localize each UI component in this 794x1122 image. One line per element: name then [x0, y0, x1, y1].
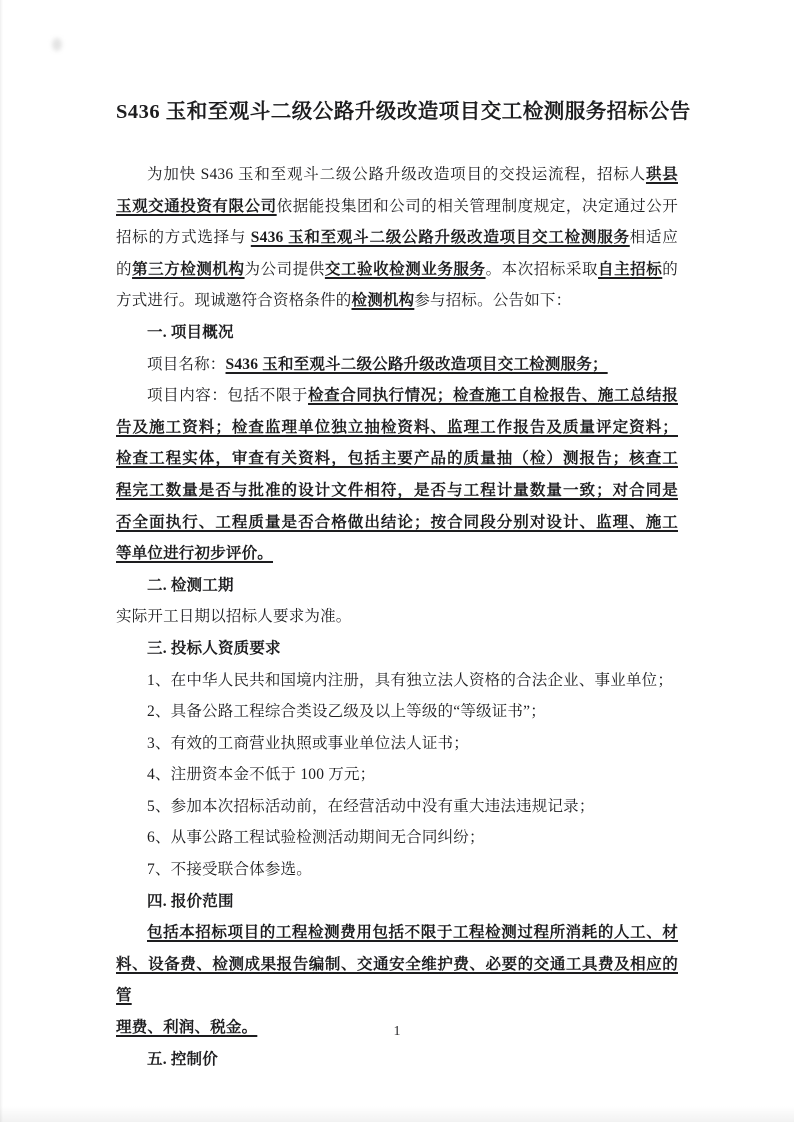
text-line: 方式进行。现诚邀符合资格条件的检测机构参与招标。公告如下：: [116, 285, 678, 317]
text-run: 二. 检测工期: [147, 577, 234, 594]
text-line: 料、设备费、检测成果报告编制、交通安全维护费、必要的交通工具费及相应的管: [116, 949, 678, 1012]
text-run: 否全面执行、工程质量是否合格做出结论；按合同段分别对设计、监理、施工: [116, 514, 678, 531]
text-run: 五. 控制价: [147, 1051, 218, 1068]
text-line: 1、在中华人民共和国境内注册，具有独立法人资格的合法企业、事业单位；: [116, 665, 678, 697]
paragraph: 项目内容：包括不限于检查合同执行情况；检查施工自检报告、施工总结报告及施工资料；…: [116, 380, 678, 570]
text-line: 3、有效的工商营业执照或事业单位法人证书；: [116, 728, 678, 760]
text-line: 的第三方检测机构为公司提供交工验收检测业务服务。本次招标采取自主招标的: [116, 254, 678, 286]
text-run: 1、在中华人民共和国境内注册，具有独立法人资格的合法企业、事业单位；: [147, 672, 673, 689]
text-run: 第三方检测机构: [132, 261, 244, 278]
document-title: S436 玉和至观斗二级公路升级改造项目交工检测服务招标公告: [116, 96, 678, 129]
paragraph: 1、在中华人民共和国境内注册，具有独立法人资格的合法企业、事业单位；: [116, 665, 678, 697]
text-run: 相适应: [630, 229, 678, 246]
text-run: 7、不接受联合体参选。: [147, 861, 312, 878]
text-run: 3、有效的工商营业执照或事业单位法人证书；: [147, 735, 469, 752]
text-run: 。本次招标采取: [486, 261, 598, 278]
scan-edge-shadow: [0, 0, 3, 1122]
text-line: 7、不接受联合体参选。: [116, 854, 678, 886]
paragraph: 5、参加本次招标活动前，在经营活动中没有重大违法违规记录；: [116, 791, 678, 823]
text-line: 一. 项目概况: [116, 317, 678, 349]
paragraph: 4、注册资本金不低于 100 万元；: [116, 759, 678, 791]
heading: 三. 投标人资质要求: [116, 633, 678, 665]
text-line: 项目名称：S436 玉和至观斗二级公路升级改造项目交工检测服务；: [116, 349, 678, 381]
text-line: 为加快 S436 玉和至观斗二级公路升级改造项目的交投运流程，招标人珙县: [116, 159, 678, 191]
heading: 一. 项目概况: [116, 317, 678, 349]
text-line: 等单位进行初步评价。: [116, 538, 678, 570]
text-line: 包括本招标项目的工程检测费用包括不限于工程检测过程所消耗的人工、材: [116, 917, 678, 949]
scanned-document-page: S436 玉和至观斗二级公路升级改造项目交工检测服务招标公告 为加快 S436 …: [0, 0, 794, 1122]
text-run: 的: [662, 261, 678, 278]
paragraph: 实际开工日期以招标人要求为准。: [116, 601, 678, 633]
text-run: 5、参加本次招标活动前，在经营活动中没有重大违法违规记录；: [147, 798, 595, 815]
text-line: 招标的方式选择与 S436 玉和至观斗二级公路升级改造项目交工检测服务相适应: [116, 222, 678, 254]
text-line: 2、具备公路工程综合类设乙级及以上等级的“等级证书”；: [116, 696, 678, 728]
text-line: 四. 报价范围: [116, 886, 678, 918]
text-run: 等单位进行初步评价。: [116, 545, 273, 562]
text-line: 6、从事公路工程试验检测活动期间无合同纠纷；: [116, 822, 678, 854]
text-run: 告及施工资料；检查监理单位独立抽检资料、监理工作报告及质量评定资料；: [116, 419, 678, 436]
text-line: 三. 投标人资质要求: [116, 633, 678, 665]
text-run: 实际开工日期以招标人要求为准。: [116, 608, 352, 625]
text-run: 4、注册资本金不低于 100 万元；: [147, 766, 375, 783]
text-line: 玉观交通投资有限公司依据能投集团和公司的相关管理制度规定，决定通过公开: [116, 191, 678, 223]
text-run: 一. 项目概况: [147, 324, 234, 341]
text-run: S436 玉和至观斗二级公路升级改造项目交工检测服务: [251, 229, 630, 246]
text-line: 项目内容：包括不限于检查合同执行情况；检查施工自检报告、施工总结报: [116, 380, 678, 412]
text-run: 项目名称：: [147, 356, 226, 373]
text-run: 珙县: [646, 166, 678, 183]
heading: 五. 控制价: [116, 1044, 678, 1076]
paragraph: 6、从事公路工程试验检测活动期间无合同纠纷；: [116, 822, 678, 854]
text-line: 告及施工资料；检查监理单位独立抽检资料、监理工作报告及质量评定资料；: [116, 412, 678, 444]
paragraph: 2、具备公路工程综合类设乙级及以上等级的“等级证书”；: [116, 696, 678, 728]
text-run: 四. 报价范围: [147, 893, 234, 910]
text-line: 4、注册资本金不低于 100 万元；: [116, 759, 678, 791]
text-run: 6、从事公路工程试验检测活动期间无合同纠纷；: [147, 829, 485, 846]
paragraph: 为加快 S436 玉和至观斗二级公路升级改造项目的交投运流程，招标人珙县玉观交通…: [116, 159, 678, 317]
text-line: 二. 检测工期: [116, 570, 678, 602]
scan-smudge-artifact: [52, 38, 62, 51]
paragraph: 项目名称：S436 玉和至观斗二级公路升级改造项目交工检测服务；: [116, 349, 678, 381]
text-line: 五. 控制价: [116, 1044, 678, 1076]
text-line: 检查工程实体，审查有关资料，包括主要产品的质量抽（检）测报告；核查工: [116, 443, 678, 475]
heading: 二. 检测工期: [116, 570, 678, 602]
document-content: S436 玉和至观斗二级公路升级改造项目交工检测服务招标公告 为加快 S436 …: [116, 0, 678, 1075]
text-run: 交工验收检测业务服务: [325, 261, 486, 278]
text-run: 检查工程实体，审查有关资料，包括主要产品的质量抽（检）测报告；核查工: [116, 450, 678, 467]
text-run: 包括本招标项目的工程检测费用包括不限于工程检测过程所消耗的人工、材: [147, 924, 678, 941]
text-run: 为加快 S436 玉和至观斗二级公路升级改造项目的交投运流程，招标人: [147, 166, 646, 183]
page-number: 1: [0, 1022, 794, 1042]
text-run: 参与招标。公告如下：: [414, 292, 571, 309]
text-run: 项目内容：包括不限于: [147, 387, 308, 404]
text-run: 招标的方式选择与: [116, 229, 251, 246]
text-run: 的: [116, 261, 132, 278]
text-run: 依据能投集团和公司的相关管理制度规定，决定通过公开: [277, 198, 678, 215]
text-run: 为公司提供: [245, 261, 325, 278]
text-run: 方式进行。现诚邀符合资格条件的: [116, 292, 352, 309]
text-run: S436 玉和至观斗二级公路升级改造项目交工检测服务；: [226, 356, 608, 373]
text-run: 2、具备公路工程综合类设乙级及以上等级的“等级证书”；: [147, 703, 546, 720]
text-run: 玉观交通投资有限公司: [116, 198, 277, 215]
text-run: 料、设备费、检测成果报告编制、交通安全维护费、必要的交通工具费及相应的管: [116, 956, 678, 1005]
document-body: 为加快 S436 玉和至观斗二级公路升级改造项目的交投运流程，招标人珙县玉观交通…: [116, 159, 678, 1075]
text-run: 检查合同执行情况；检查施工自检报告、施工总结报: [308, 387, 678, 404]
heading: 四. 报价范围: [116, 886, 678, 918]
text-run: 检测机构: [352, 292, 415, 309]
paragraph: 7、不接受联合体参选。: [116, 854, 678, 886]
text-run: 程完工数量是否与批准的设计文件相符，是否与工程计量数量一致；对合同是: [116, 482, 678, 499]
text-line: 否全面执行、工程质量是否合格做出结论；按合同段分别对设计、监理、施工: [116, 507, 678, 539]
text-line: 5、参加本次招标活动前，在经营活动中没有重大违法违规记录；: [116, 791, 678, 823]
text-run: 三. 投标人资质要求: [147, 640, 281, 657]
text-line: 实际开工日期以招标人要求为准。: [116, 601, 678, 633]
paragraph: 3、有效的工商营业执照或事业单位法人证书；: [116, 728, 678, 760]
text-run: 自主招标: [598, 261, 662, 278]
text-line: 程完工数量是否与批准的设计文件相符，是否与工程计量数量一致；对合同是: [116, 475, 678, 507]
